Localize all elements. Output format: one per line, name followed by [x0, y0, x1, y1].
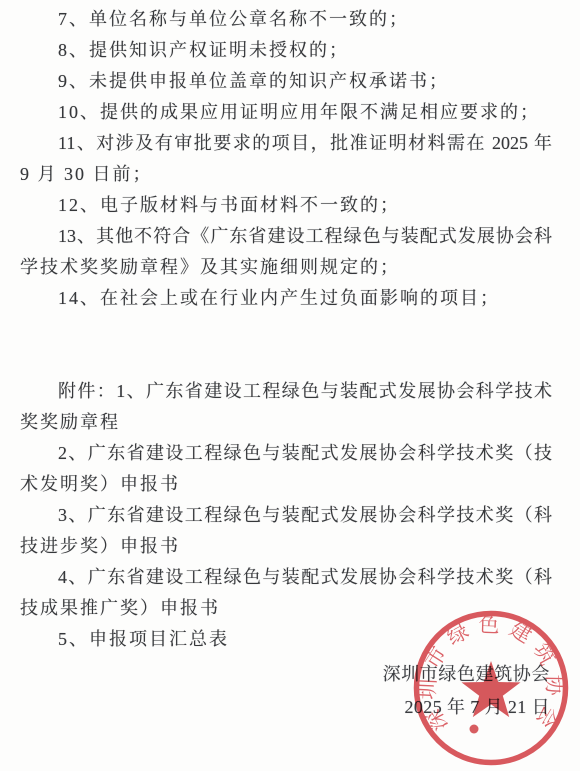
- doc-line: 技成果推广奖）申报书: [20, 593, 552, 624]
- doc-line: 9 月 30 日前；: [20, 159, 552, 190]
- doc-line: 10、提供的成果应用证明应用年限不满足相应要求的；: [20, 97, 552, 128]
- doc-line: 术发明奖）申报书: [20, 469, 552, 500]
- doc-line: 8、提供知识产权证明未授权的；: [20, 35, 552, 66]
- signature-block: 深圳市绿色建筑协会 2025 年 7 月 21 日: [383, 663, 550, 718]
- doc-line-attachments-header: 附件：1、广东省建设工程绿色与装配式发展协会科学技术: [20, 376, 552, 407]
- document-page: 7、单位名称与单位公章名称不一致的； 8、提供知识产权证明未授权的； 9、未提供…: [0, 0, 580, 771]
- doc-line: 技进步奖）申报书: [20, 531, 552, 562]
- doc-line: 4、广东省建设工程绿色与装配式发展协会科学技术奖（科: [20, 562, 552, 593]
- signature-date: 2025 年 7 月 21 日: [383, 696, 550, 718]
- doc-line: 12、电子版材料与书面材料不一致的；: [20, 190, 552, 221]
- seal-dot: [470, 725, 479, 734]
- doc-line: 14、在社会上或在行业内产生过负面影响的项目；: [20, 283, 552, 314]
- doc-line: 13、其他不符合《广东省建设工程绿色与装配式发展协会科: [20, 221, 552, 252]
- doc-line: 5、申报项目汇总表: [20, 624, 552, 655]
- doc-line: 9、未提供申报单位盖章的知识产权承诺书；: [20, 66, 552, 97]
- doc-line: 7、单位名称与单位公章名称不一致的；: [20, 4, 552, 35]
- document-body: 7、单位名称与单位公章名称不一致的； 8、提供知识产权证明未授权的； 9、未提供…: [0, 4, 580, 655]
- doc-line: 11、对涉及有审批要求的项目，批准证明材料需在 2025 年: [20, 128, 552, 159]
- signature-organization: 深圳市绿色建筑协会: [383, 663, 550, 685]
- doc-line: 学技术奖奖励章程》及其实施细则规定的；: [20, 252, 552, 283]
- doc-line: 奖奖励章程: [20, 407, 552, 438]
- doc-line: 3、广东省建设工程绿色与装配式发展协会科学技术奖（科: [20, 500, 552, 531]
- doc-line: 2、广东省建设工程绿色与装配式发展协会科学技术奖（技: [20, 438, 552, 469]
